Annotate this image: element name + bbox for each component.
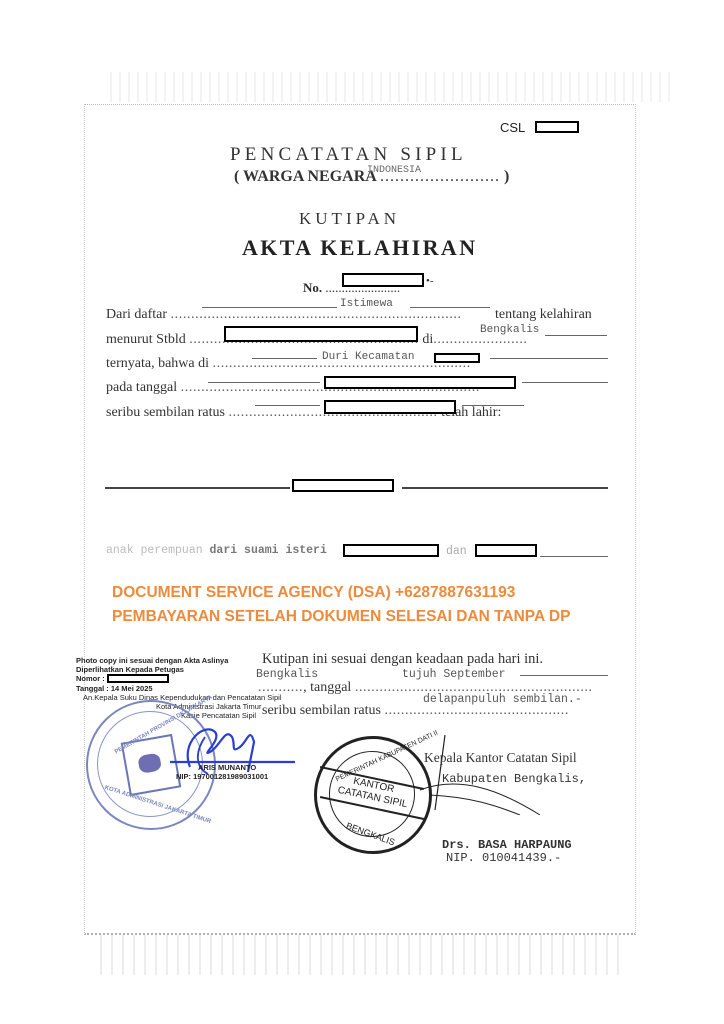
dash (545, 335, 607, 336)
redacted-child-name (292, 479, 394, 492)
dash (252, 358, 317, 359)
legalization-office-1: An.Kepala Suku Dinas Kependudukan dan Pe… (83, 693, 281, 702)
redacted-mother-name (475, 544, 537, 557)
redacted-birth-year (324, 400, 456, 414)
row1-suffix: tentang kelahiran (495, 307, 592, 323)
header-kutipan: KUTIPAN (299, 209, 400, 229)
signatory-position-2: Kabupaten Bengkalis, (442, 772, 586, 786)
document-title: AKTA KELAHIRAN (242, 235, 478, 261)
name-line-right (402, 487, 608, 489)
dash (410, 307, 490, 308)
dash (522, 382, 608, 383)
legalization-date: Tanggal : 14 Mei 2025 (76, 684, 153, 693)
signatory-nip: NIP. 010041439.- (446, 851, 561, 865)
dash (208, 382, 320, 383)
redacted-csl-number (535, 121, 579, 133)
number-suffix: •- (426, 275, 434, 287)
register-typed: Istimewa (340, 298, 393, 310)
scan-noise-bottom (100, 935, 620, 975)
issue-year-row: seribu sembilan ratus ..................… (262, 703, 569, 719)
redacted-birth-date (324, 376, 516, 389)
conjunction: dan (446, 545, 467, 558)
signatory-position-1: Kepala Kantor Catatan Sipil (424, 750, 577, 766)
dash (540, 556, 608, 557)
name-line-left (105, 487, 290, 489)
dash (520, 675, 608, 676)
header-pencatatan-sipil: PENCATATAN SIPIL (230, 144, 467, 166)
row-dari-daftar: Dari daftar ............................… (106, 307, 462, 323)
legalization-signer-name: ARIS MUNANTO (198, 763, 256, 772)
signatory-name: Drs. BASA HARPAUNG (442, 838, 572, 852)
scan-noise-top (110, 72, 670, 102)
dash (462, 405, 524, 406)
place-typed: Bengkalis (480, 324, 539, 336)
redacted-father-name (343, 544, 439, 557)
closing-statement: Kutipan ini sesuai dengan keadaan pada h… (262, 651, 543, 668)
watermark-line-2: PEMBAYARAN SETELAH DOKUMEN SELESAI DAN T… (112, 608, 570, 626)
redacted-certificate-number (342, 273, 424, 287)
dash (490, 358, 608, 359)
dash (255, 405, 320, 406)
redacted-stbld (224, 326, 418, 342)
legalization-nomor: Nomor : (76, 674, 105, 683)
location-typed: Duri Kecamatan (322, 351, 414, 363)
legalization-line-2: Diperlihatkan Kepada Petugas (76, 665, 184, 674)
legalization-line-1: Photo copy ini sesuai dengan Akta Asliny… (76, 656, 228, 665)
redacted-kecamatan (434, 353, 480, 363)
legalization-signer-nip: NIP: 197001281989031001 (176, 772, 268, 781)
csl-label: CSL (500, 120, 525, 135)
watermark-line-1: DOCUMENT SERVICE AGENCY (DSA) +628788763… (112, 584, 515, 602)
parents-line: anak perempuan dari suami isteri (106, 544, 327, 557)
nationality-value: INDONESIA (367, 165, 421, 176)
dash (202, 307, 337, 308)
redacted-legalization-number (107, 674, 169, 683)
